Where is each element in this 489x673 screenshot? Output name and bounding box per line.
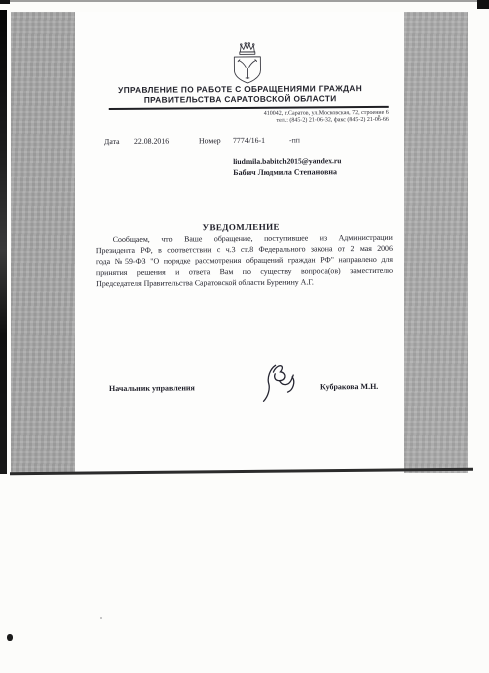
org-address: 410042, г.Саратов, ул.Московская, 72, ст… bbox=[264, 110, 389, 126]
notice-body: Сообщаем, что Ваше обращение, поступивше… bbox=[96, 232, 393, 289]
coat-of-arms-icon bbox=[227, 41, 267, 87]
letter-content: УПРАВЛЕНИЕ ПО РАБОТЕ С ОБРАЩЕНИЯМИ ГРАЖД… bbox=[75, 11, 408, 475]
number-value: 7774/16-1 bbox=[233, 136, 265, 145]
addressee-email: liudmila.babitch2015@yandex.ru bbox=[233, 156, 341, 166]
number-label: Номер bbox=[199, 136, 221, 145]
signer-name: Кубракова М.Н. bbox=[320, 382, 378, 391]
scan-speck bbox=[378, 115, 380, 117]
scan-top-edge-artifact bbox=[0, 0, 489, 2]
org-address-line2: тел.: (845-2) 21-06-32, факс (845-2) 21-… bbox=[264, 117, 389, 125]
scan-speck bbox=[100, 617, 102, 619]
scan-backdrop-band-left bbox=[11, 12, 75, 473]
scan-edge-strip-left bbox=[0, 10, 7, 474]
date-label: Дата bbox=[104, 137, 120, 146]
signer-position: Начальник управления bbox=[109, 383, 195, 393]
scan-backdrop-band-right bbox=[404, 12, 468, 473]
org-name: УПРАВЛЕНИЕ ПО РАБОТЕ С ОБРАЩЕНИЯМИ ГРАЖД… bbox=[76, 84, 405, 106]
scanned-letter: УПРАВЛЕНИЕ ПО РАБОТЕ С ОБРАЩЕНИЯМИ ГРАЖД… bbox=[0, 0, 489, 673]
scan-corner-mark-top-left bbox=[0, 0, 10, 4]
addressee-name: Бабич Людмила Степановна bbox=[233, 167, 337, 177]
number-suffix: -пп bbox=[289, 136, 300, 145]
notice-body-line: Председателя Правительства Саратовской о… bbox=[96, 276, 393, 289]
handwritten-signature-icon bbox=[258, 357, 300, 408]
letter-sheet: УПРАВЛЕНИЕ ПО РАБОТЕ С ОБРАЩЕНИЯМИ ГРАЖД… bbox=[75, 12, 404, 473]
date-value: 22.08.2016 bbox=[134, 137, 169, 146]
meta-row: Дата 22.08.2016 Номер 7774/16-1 -пп bbox=[76, 135, 405, 148]
scan-speck bbox=[7, 634, 13, 641]
scan-corner-mark-top-right bbox=[477, 0, 489, 9]
